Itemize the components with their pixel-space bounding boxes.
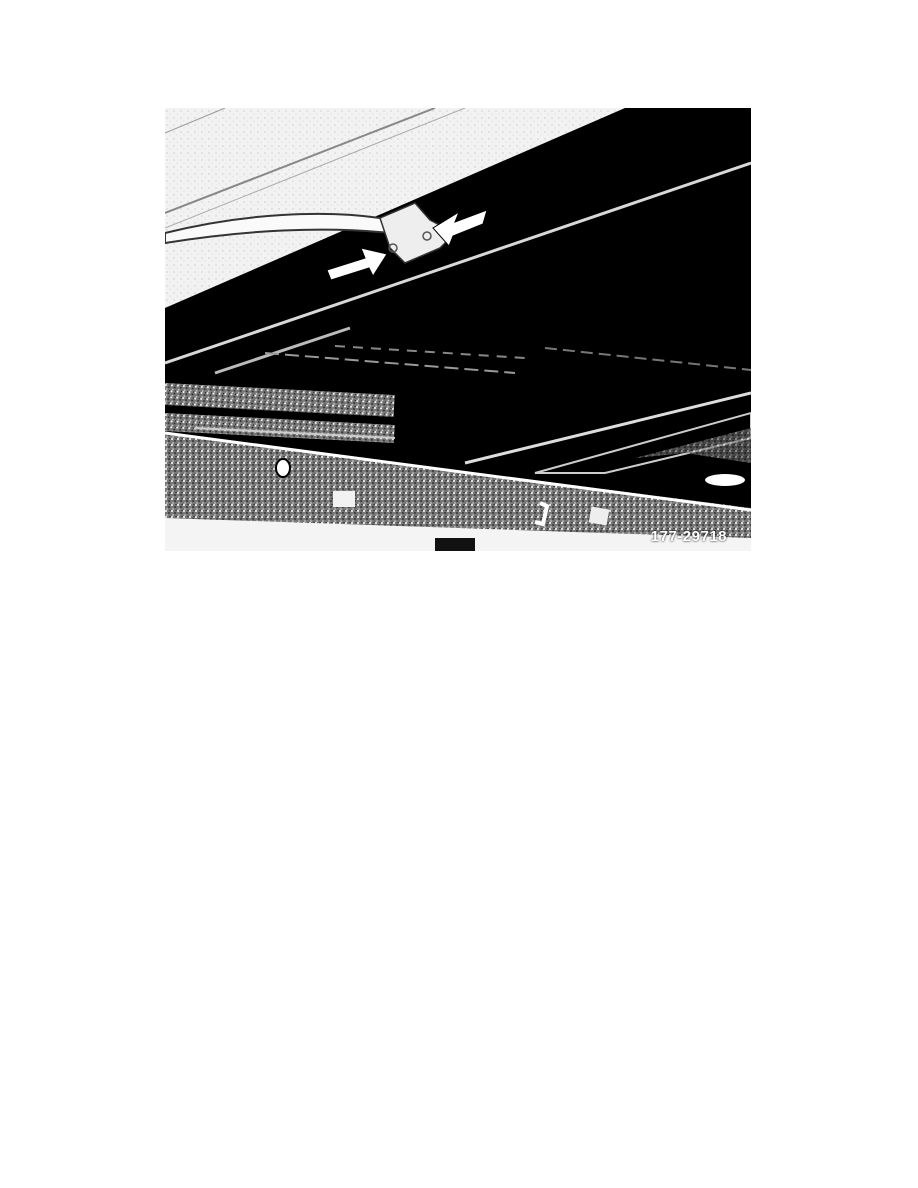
- figure-photo: 177-29718: [165, 108, 751, 551]
- photo-illustration: [165, 108, 751, 551]
- figure-label: 177-29718: [651, 528, 727, 545]
